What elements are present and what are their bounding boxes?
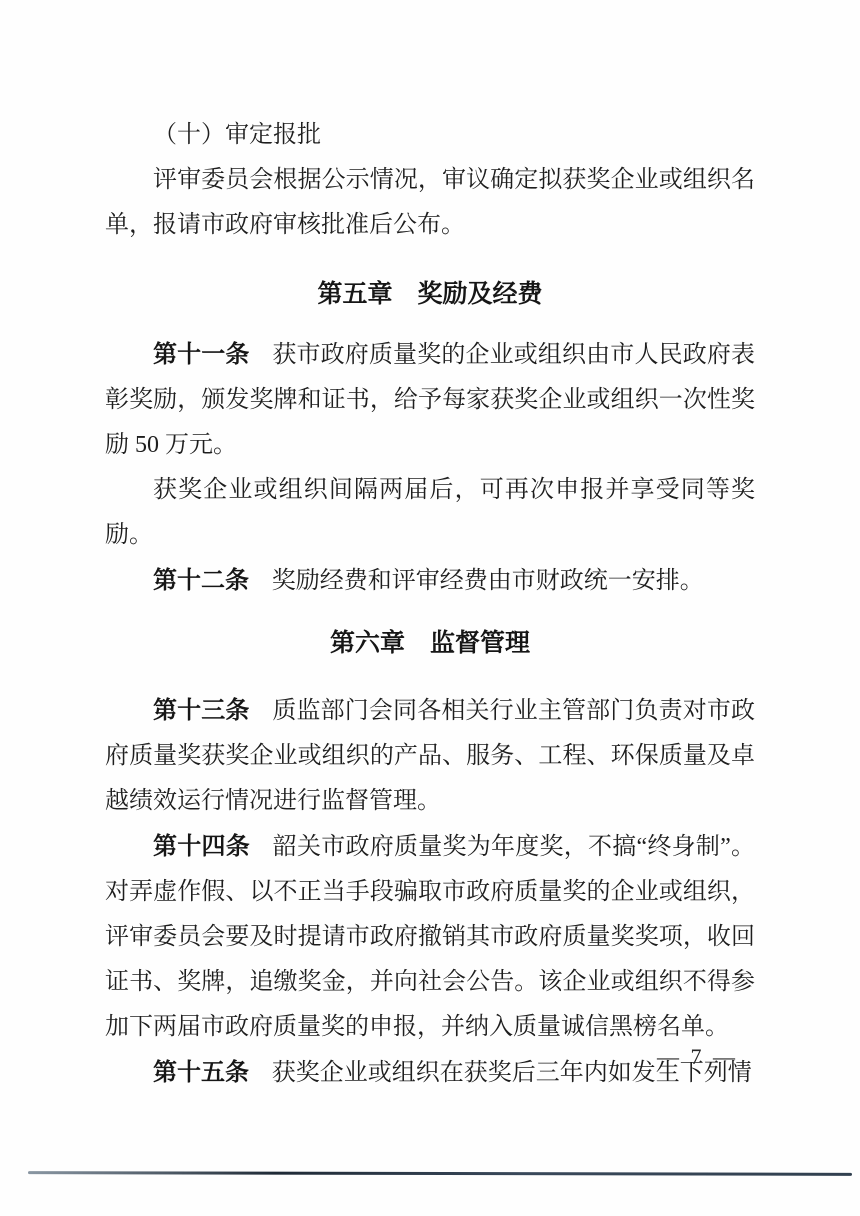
- document-body: （十）审定报批 评审委员会根据公示情况，审议确定拟获奖企业或组织名单，报请市政府…: [105, 113, 755, 1096]
- paragraph-article12: 第十二条奖励经费和评审经费由市财政统一安排。: [105, 558, 755, 604]
- page-number: — 7 —: [657, 1044, 738, 1070]
- article12-number: 第十二条: [153, 567, 249, 594]
- chapter6-title: 第六章 监督管理: [105, 621, 755, 666]
- paragraph-article13: 第十三条质监部门会同各相关行业主管部门负责对市政府质量奖获奖企业或组织的产品、服…: [105, 688, 755, 824]
- paragraph-article14: 第十四条韶关市政府质量奖为年度奖，不搞“终身制”。对弄虚作假、以不正当手段骗取市…: [105, 824, 755, 1050]
- article15-number: 第十五条: [153, 1059, 249, 1086]
- article13-number: 第十三条: [153, 697, 250, 724]
- paragraph-reapply: 获奖企业或组织间隔两届后，可再次申报并享受同等奖励。: [105, 468, 755, 558]
- paragraph-shending-baopi: 评审委员会根据公示情况，审议确定拟获奖企业或组织名单，报请市政府审核批准后公布。: [105, 158, 755, 248]
- article11-number: 第十一条: [153, 341, 250, 368]
- scan-edge-line: [28, 1171, 852, 1176]
- article12-text: 奖励经费和评审经费由市财政统一安排。: [272, 568, 704, 594]
- article14-text: 韶关市政府质量奖为年度奖，不搞“终身制”。对弄虚作假、以不正当手段骗取市政府质量…: [105, 834, 755, 1040]
- article14-number: 第十四条: [153, 833, 250, 860]
- item-heading-shending-baopi: （十）审定报批: [105, 113, 755, 158]
- document-page: （十）审定报批 评审委员会根据公示情况，审议确定拟获奖企业或组织名单，报请市政府…: [0, 0, 860, 1216]
- chapter5-title: 第五章 奖励及经费: [105, 272, 755, 317]
- paragraph-article11: 第十一条获市政府质量奖的企业或组织由市人民政府表彰奖励，颁发奖牌和证书，给予每家…: [105, 332, 755, 468]
